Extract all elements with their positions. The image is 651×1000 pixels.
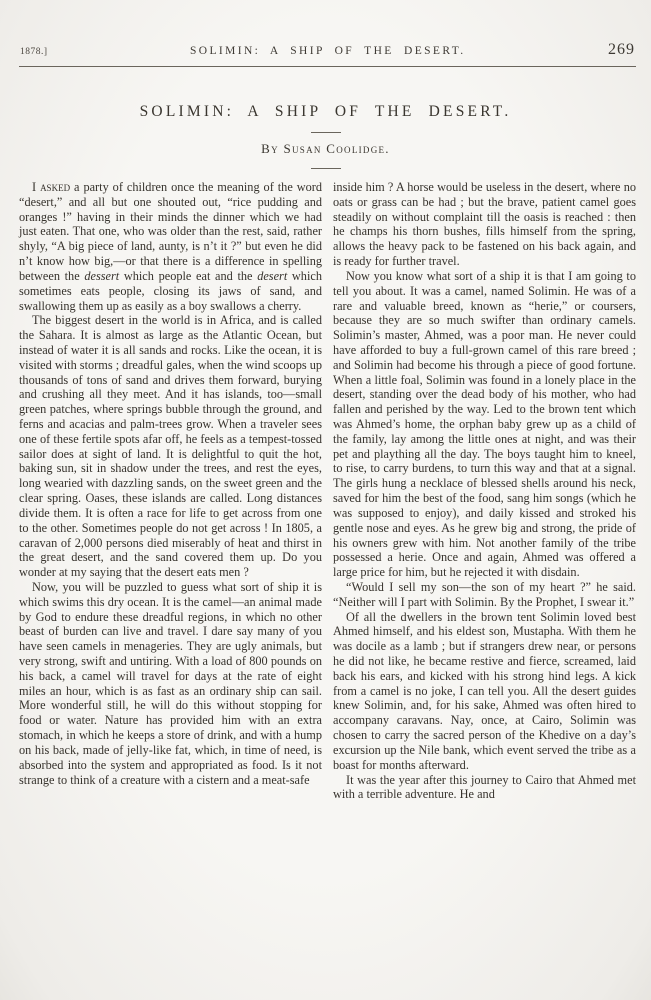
text-segment: “Would I sell my son—the son of my heart… xyxy=(333,580,636,609)
right-column: inside him ? A horse would be useless in… xyxy=(333,180,636,802)
paragraph: “Would I sell my son—the son of my heart… xyxy=(333,580,636,610)
paragraph: It was the year after this journey to Ca… xyxy=(333,773,636,803)
paragraph: Now, you will be puzzled to guess what s… xyxy=(19,580,322,787)
left-column: I asked a party of children once the mea… xyxy=(19,180,322,802)
header-date: 1878.] xyxy=(20,47,48,57)
text-segment: Of all the dwellers in the brown tent So… xyxy=(333,610,636,772)
text-segment: which people eat and the xyxy=(119,269,257,283)
text-segment: desert xyxy=(257,269,287,283)
article-title: SOLIMIN: A SHIP OF THE DESERT. xyxy=(0,103,651,121)
text-segment: dessert xyxy=(84,269,119,283)
header-page-number: 269 xyxy=(608,41,635,59)
paragraph: The biggest desert in the world is in Af… xyxy=(19,313,322,580)
header-rule xyxy=(19,66,636,67)
paragraph: I asked a party of children once the mea… xyxy=(19,180,322,313)
title-divider-rule xyxy=(311,132,341,133)
paragraph: inside him ? A horse would be useless in… xyxy=(333,180,636,269)
page-header: 1878.] SOLIMIN: A SHIP OF THE DESERT. 26… xyxy=(0,0,651,59)
text-segment: Now you know what sort of a ship it is t… xyxy=(333,269,636,579)
text-segment: inside him ? A horse would be useless in… xyxy=(333,180,636,268)
text-segment: The biggest desert in the world is in Af… xyxy=(19,313,322,579)
text-segment: It was the year after this journey to Ca… xyxy=(333,773,636,802)
text-segment: I xyxy=(32,180,40,194)
magazine-page: 1878.] SOLIMIN: A SHIP OF THE DESERT. 26… xyxy=(0,0,651,1000)
paragraph: Of all the dwellers in the brown tent So… xyxy=(333,610,636,773)
header-running-title: SOLIMIN: A SHIP OF THE DESERT. xyxy=(190,45,466,57)
article-body: I asked a party of children once the mea… xyxy=(0,169,651,802)
text-segment: Now, you will be puzzled to guess what s… xyxy=(19,580,322,787)
text-segment: a party of children once the meaning of … xyxy=(19,180,322,283)
text-segment: asked xyxy=(40,180,70,194)
article-byline: By Susan Coolidge. xyxy=(0,141,651,157)
paragraph: Now you know what sort of a ship it is t… xyxy=(333,269,636,580)
